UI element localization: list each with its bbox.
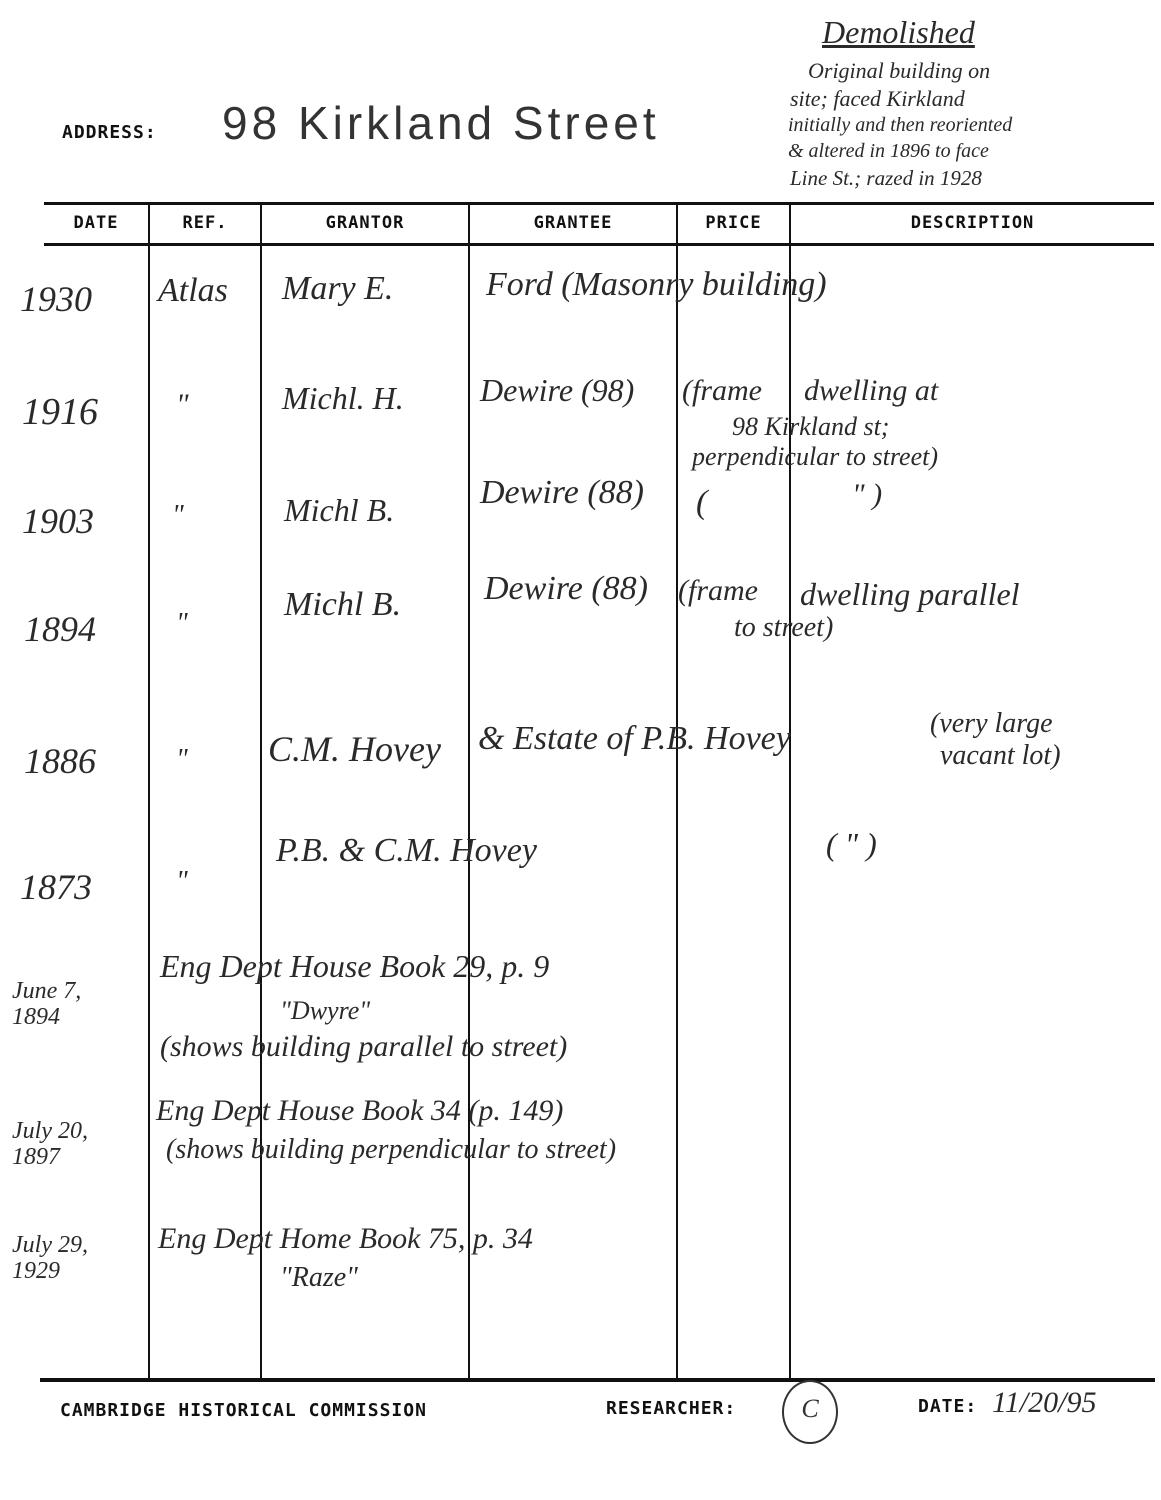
entry-date: 1894 [24, 608, 96, 650]
entry-ref: " [172, 500, 184, 532]
entry-description-extra: vacant lot) [940, 740, 1061, 772]
entry-description: ( " ) [826, 826, 877, 863]
entry-grantor: "Dwyre" [280, 996, 370, 1026]
deed-record-form: Demolished Original building on site; fa… [0, 0, 1161, 1500]
entry-description-extra: (shows building parallel to street) [160, 1030, 567, 1064]
entry-price: (frame [682, 374, 762, 408]
entry-date: June 7, 1894 [12, 978, 122, 1030]
entry-ref: Eng Dept House Book 29, p. 9 [160, 948, 549, 985]
researcher-label: RESEARCHER: [606, 1398, 736, 1419]
entry-date: July 29, 1929 [12, 1232, 122, 1284]
entry-grantor: Michl B. [284, 492, 394, 529]
note-line: initially and then reoriented [788, 114, 1012, 137]
column-divider [260, 204, 262, 1380]
entry-ref: " [176, 388, 189, 422]
column-header-ref: REF. [150, 203, 260, 243]
entry-ref: Atlas [158, 272, 228, 310]
entry-price: (frame [678, 574, 758, 608]
entry-grantee: Dewire (88) [480, 474, 644, 512]
entry-grantee: & Estate of P.B. Hovey [478, 720, 791, 758]
entry-grantee: Dewire (88) [484, 570, 648, 608]
entry-grantor: Michl B. [284, 586, 401, 624]
note-line: & altered in 1896 to face [788, 140, 989, 163]
entry-grantor: P.B. & C.M. Hovey [276, 832, 537, 870]
entry-description-extra: (shows building perpendicular to street) [166, 1134, 616, 1166]
column-header-grantee: GRANTEE [470, 203, 676, 243]
entry-date: 1903 [22, 500, 94, 542]
entry-description-extra: 98 Kirkland st; [732, 412, 889, 442]
entry-date: 1930 [20, 278, 92, 320]
entry-ref: " [176, 866, 188, 898]
researcher-value: C [784, 1394, 836, 1424]
table-bottom-rule [40, 1378, 1155, 1382]
column-header-grantor: GRANTOR [262, 203, 468, 243]
column-header-price: PRICE [678, 203, 789, 243]
entry-grantor: Mary E. [282, 270, 393, 308]
column-header-description: DESCRIPTION [791, 203, 1154, 243]
date-value: 11/20/95 [992, 1386, 1096, 1420]
note-line: Line St.; razed in 1928 [790, 166, 982, 191]
entry-price: ( [696, 484, 707, 522]
entry-date: 1873 [20, 866, 92, 908]
column-divider [789, 204, 791, 1380]
entry-description-extra: to street) [734, 612, 833, 644]
header-bottom-rule [44, 243, 1154, 246]
entry-description: " ) [852, 478, 882, 512]
column-divider [676, 204, 678, 1380]
column-divider [148, 204, 150, 1380]
note-line: Original building on [808, 58, 990, 84]
entry-description: (very large [930, 708, 1053, 740]
entry-description: dwelling at [804, 374, 938, 408]
org-name: CAMBRIDGE HISTORICAL COMMISSION [60, 1400, 427, 1421]
entry-date: 1916 [22, 390, 98, 434]
address-value: 98 Kirkland Street [222, 96, 660, 150]
entry-ref: " [176, 744, 188, 776]
entry-description: dwelling parallel [800, 576, 1020, 613]
entry-ref: " [176, 608, 188, 640]
entry-grantee: Ford (Masonry building) [486, 266, 827, 304]
entry-description-extra: perpendicular to street) [692, 442, 938, 472]
entry-grantor: "Raze" [280, 1262, 358, 1294]
address-label: ADDRESS: [62, 122, 157, 143]
note-line: site; faced Kirkland [790, 86, 965, 112]
column-divider [468, 204, 470, 1380]
entry-ref: Eng Dept Home Book 75, p. 34 [158, 1222, 533, 1256]
entry-grantor: Michl. H. [282, 380, 404, 417]
entry-grantee: Dewire (98) [480, 372, 634, 409]
column-header-date: DATE [44, 203, 148, 243]
entry-grantor: C.M. Hovey [268, 728, 441, 770]
status-note: Demolished [822, 14, 975, 51]
researcher-initial-circle: C [782, 1380, 838, 1444]
entry-ref: Eng Dept House Book 34 (p. 149) [156, 1094, 563, 1128]
entry-date: 1886 [24, 740, 96, 782]
date-label: DATE: [918, 1396, 977, 1417]
entry-date: July 20, 1897 [12, 1118, 122, 1170]
